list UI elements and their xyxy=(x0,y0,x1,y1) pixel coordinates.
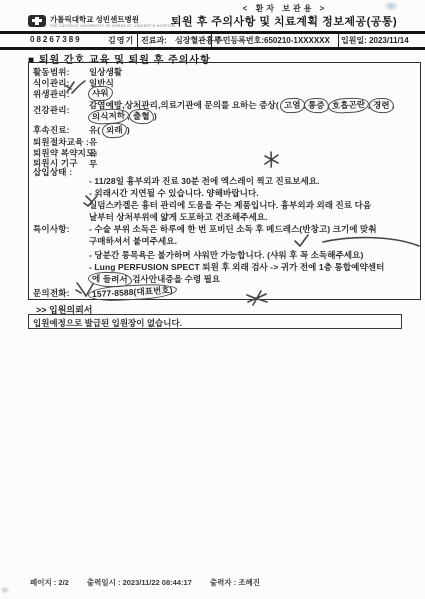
divider xyxy=(0,47,425,50)
hygiene-value: 샤워 xyxy=(89,88,111,99)
inquiry-phone-label: 문의전화: xyxy=(33,287,70,299)
followup-suffix: ) xyxy=(127,125,130,135)
followup-value: 유( 외래 ) xyxy=(89,124,130,136)
circle-bleeding-annotation: 출혈 xyxy=(128,109,153,125)
circle-dyspnea-annotation: 호흡곤란 xyxy=(328,97,370,114)
device-state-value: 무 xyxy=(89,158,97,170)
health-suffix: ) xyxy=(154,111,157,121)
checkmark-and-curve-dressing-annotation xyxy=(291,232,423,250)
discharge-care-table: 활동범위: 일상생활 식이관리: 일반식 위생관리: 샤워 건강관리: 감염예방… xyxy=(28,62,421,300)
divider xyxy=(211,33,212,47)
scribble-after-phone-annotation xyxy=(245,290,269,306)
inquiry-phone-value: 1577-8588(대표번호) xyxy=(89,287,175,298)
chart-number: 08267389 xyxy=(30,35,82,44)
page-indicator: 페이지 : 2/2 xyxy=(30,578,69,587)
staple-smudge xyxy=(383,1,399,11)
hospital-logo-icon xyxy=(28,15,46,27)
document-title: 퇴원 후 주의사항 및 치료계획 정보제공(공통) xyxy=(148,13,420,29)
patient-name: 김영기 xyxy=(108,35,134,46)
special-note-last-line: 에 들려서 검사안내증을 수령 필요 xyxy=(89,273,220,285)
circle-outpatient-annotation: 외래 xyxy=(101,122,126,138)
patient-info-bar: 08267389 김영기 진료과: 심장혈관흉부 주민등록번호:650210-1… xyxy=(0,33,425,47)
scan-corner-smudge xyxy=(0,586,10,594)
device-state-label-line2: 삽입상태 : xyxy=(33,166,72,178)
special-note-line: - 외래시간 지연될 수 있습니다. 양해바랍니다. xyxy=(89,187,259,199)
circle-fever-annotation: 고열 xyxy=(280,97,305,113)
circle-pain-annotation: 통증 xyxy=(304,98,329,114)
special-notes-label: 특이사항: xyxy=(33,223,70,235)
special-note-line: - 당분간 통목욕은 불가하며 샤워만 가능합니다. (샤워 후 꼭 소독해주세… xyxy=(89,249,363,261)
scanned-discharge-document: { "header": { "keep_notice": "< 환자 보관용 >… xyxy=(0,0,425,599)
referral-message-box: 입원예정으로 발급된 입원장이 없습니다. xyxy=(28,314,402,329)
checkmark-phone-annotation xyxy=(75,281,95,298)
followup-prefix: 유( xyxy=(89,125,100,135)
print-footer: 페이지 : 2/2 출력일시 : 2023/11/22 08:44:17 출력자… xyxy=(30,577,276,588)
checkmark-scar-gel-annotation xyxy=(83,194,99,207)
special-note-line: 날부터 상처부위에 얇게 도포하고 건조해주세요. xyxy=(89,211,268,223)
admission-date: 입원일: 2023/11/14 xyxy=(341,35,409,46)
special-note-line: - Lung PERFUSION SPECT 퇴원 후 외래 검사 -> 귀가 … xyxy=(89,261,384,273)
special-note-rest: 검사안내증을 수령 필요 xyxy=(132,274,220,284)
special-note-line: 구매하셔서 붙여주세요. xyxy=(89,235,177,247)
circle-seizure-annotation: 경련 xyxy=(369,98,394,114)
special-note-line: - 11/28일 흉부외과 진료 30분 전에 엑스레이 찍고 진료보세요. xyxy=(89,175,320,187)
health-label: 건강관리: xyxy=(33,104,70,116)
print-timestamp: 출력일시 : 2023/11/22 08:44:17 xyxy=(87,578,192,587)
divider xyxy=(137,33,138,47)
printed-by: 출력자 : 조혜진 xyxy=(210,578,260,587)
star-above-xray-annotation xyxy=(263,151,280,168)
resident-registration-number: 주민등록번호:650210-1XXXXXX xyxy=(215,35,330,46)
divider xyxy=(338,33,339,47)
department-label: 진료과: xyxy=(141,35,167,46)
special-note-line: 실덤스카겔은 흉터 관리에 도움을 주는 제품입니다. 흉부외과 외래 진료 다… xyxy=(89,199,371,211)
checkmark-before-shower-annotation xyxy=(65,80,87,96)
health-value-line2: 의식저하,출혈 ) xyxy=(89,111,157,122)
followup-label: 후속진료: xyxy=(33,124,70,136)
